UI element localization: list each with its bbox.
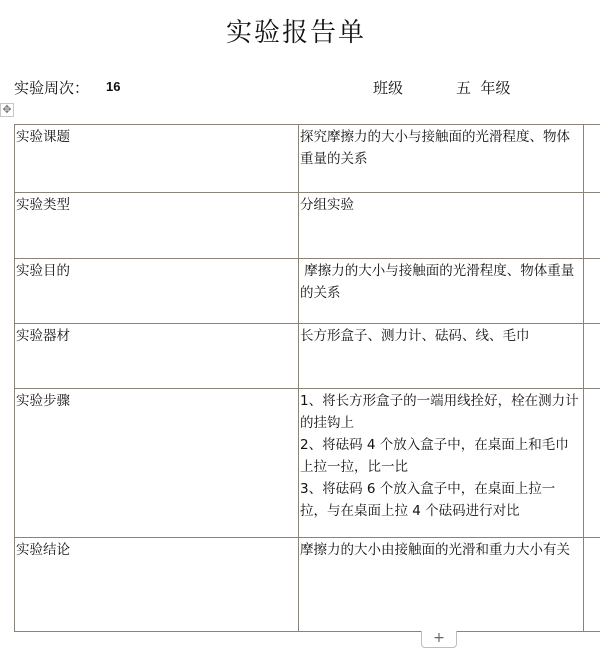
row-value-type[interactable]: 分组实验 [299, 193, 584, 259]
table-row: 实验器材 长方形盒子、测力计、砝码、线、毛巾 [15, 324, 600, 389]
row-value-steps[interactable]: 1、将长方形盒子的一端用线拴好，栓在测力计的挂钩上 2、将砝码 4 个放入盒子中… [299, 389, 584, 538]
row-label-purpose[interactable]: 实验目的 [15, 259, 299, 324]
table-row: 实验步骤 1、将长方形盒子的一端用线拴好，栓在测力计的挂钩上 2、将砝码 4 个… [15, 389, 600, 538]
step-item: 1、将长方形盒子的一端用线拴好，栓在测力计的挂钩上 [300, 390, 582, 434]
row-label-conclusion[interactable]: 实验结论 [15, 538, 299, 632]
empty-cell[interactable] [584, 538, 600, 632]
table-row: 实验目的 摩擦力的大小与接触面的光滑程度、物体重量的关系 [15, 259, 600, 324]
empty-cell[interactable] [584, 324, 600, 389]
row-label-equipment[interactable]: 实验器材 [15, 324, 299, 389]
empty-cell[interactable] [584, 193, 600, 259]
empty-cell[interactable] [584, 389, 600, 538]
table-row: 实验类型 分组实验 [15, 193, 600, 259]
row-value-topic[interactable]: 探究摩擦力的大小与接触面的光滑程度、物体重量的关系 [299, 125, 584, 193]
step-item: 3、将砝码 6 个放入盒子中，在桌面上拉一拉，与在桌面上拉 4 个砝码进行对比 [300, 478, 582, 522]
table-row: 实验课题 探究摩擦力的大小与接触面的光滑程度、物体重量的关系 [15, 125, 600, 193]
row-value-purpose[interactable]: 摩擦力的大小与接触面的光滑程度、物体重量的关系 [299, 259, 584, 324]
row-label-steps[interactable]: 实验步骤 [15, 389, 299, 538]
add-row-button[interactable]: + [421, 631, 457, 648]
class-value: 五 年级 [456, 77, 511, 98]
step-item: 2、将砝码 4 个放入盒子中，在桌面上和毛巾上拉一拉，比一比 [300, 434, 582, 478]
class-label: 班级 [373, 77, 403, 98]
page-title: 实验报告单 [0, 12, 592, 49]
row-value-conclusion[interactable]: 摩擦力的大小由接触面的光滑和重力大小有关 [299, 538, 584, 632]
row-label-type[interactable]: 实验类型 [15, 193, 299, 259]
empty-cell[interactable] [584, 125, 600, 193]
row-value-equipment[interactable]: 长方形盒子、测力计、砝码、线、毛巾 [299, 324, 584, 389]
week-value: 16 [106, 79, 120, 94]
row-label-topic[interactable]: 实验课题 [15, 125, 299, 193]
table-row: 实验结论 摩擦力的大小由接触面的光滑和重力大小有关 [15, 538, 600, 632]
week-label: 实验周次： [14, 77, 89, 98]
table-move-handle-icon[interactable]: ✥ [0, 103, 14, 117]
report-table: 实验课题 探究摩擦力的大小与接触面的光滑程度、物体重量的关系 实验类型 分组实验… [14, 124, 600, 632]
empty-cell[interactable] [584, 259, 600, 324]
